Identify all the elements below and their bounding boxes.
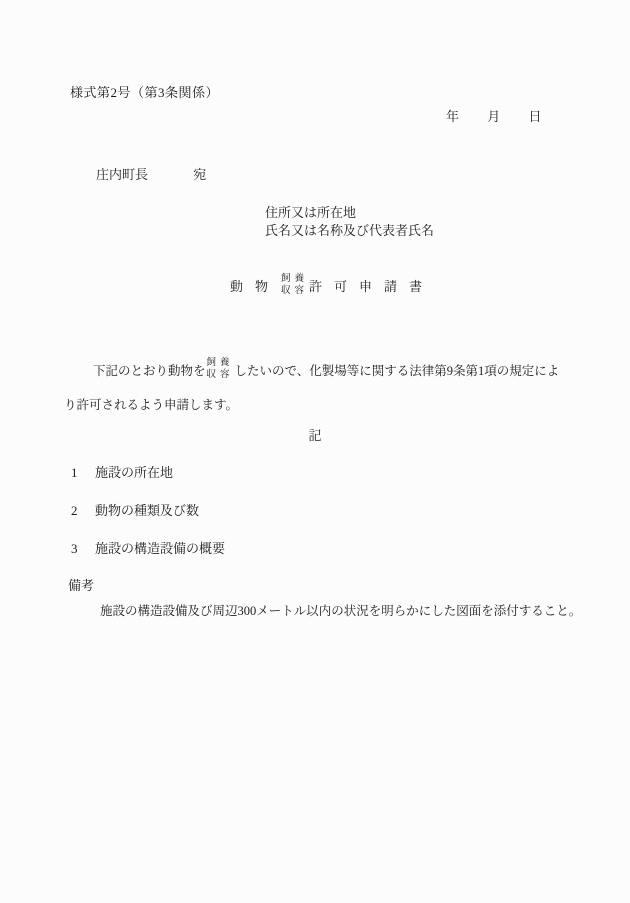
item-text: 施設の所在地 (95, 465, 173, 480)
body-paragraph-line1: 下記のとおり動物を 飼養 収容 したいので、化製場等に関する法律第9条第1項の規… (64, 358, 559, 382)
date-month-label: 月 (487, 106, 500, 125)
form-number: 様式第2号（第3条関係） (70, 82, 219, 101)
title-stacked-term: 飼養 収容 (281, 274, 308, 298)
item-text: 動物の種類及び数 (95, 503, 199, 518)
title-stacked-top: 飼養 (281, 274, 308, 286)
item-text: 施設の構造設備の概要 (95, 541, 225, 556)
body-paragraph-line2: り許可されるよう申請します。 (64, 395, 238, 413)
item-number: 1 (71, 465, 95, 481)
body-stacked-term: 飼養 収容 (207, 358, 234, 382)
remarks-label: 備考 (68, 575, 94, 594)
ki-heading: 記 (0, 425, 630, 444)
document-title: 動物 飼養 収容 許可申請書 (230, 274, 434, 298)
item-number: 2 (71, 503, 95, 519)
title-suffix: 許可申請書 (309, 276, 434, 295)
application-form-document: 様式第2号（第3条関係） 年 月 日 庄内町長 宛 住所又は所在地 氏名又は名称… (0, 0, 630, 903)
body-line1-prefix: 下記のとおり動物を (93, 361, 206, 379)
list-item: 1施設の所在地 (71, 462, 173, 481)
date-day-label: 日 (529, 106, 542, 125)
item-number: 3 (71, 541, 95, 557)
addressee-name: 庄内町長 (96, 167, 148, 182)
title-prefix: 動物 (230, 276, 280, 295)
addressee-line: 庄内町長 宛 (96, 164, 206, 183)
applicant-name-label: 氏名又は名称及び代表者氏名 (265, 220, 434, 239)
date-year-label: 年 (446, 106, 459, 125)
body-stacked-bottom: 収容 (207, 370, 234, 382)
applicant-address-label: 住所又は所在地 (265, 202, 356, 221)
body-line1-suffix: したいので、化製場等に関する法律第9条第1項の規定によ (235, 361, 560, 379)
body-stacked-top: 飼養 (207, 358, 234, 370)
addressee-suffix: 宛 (193, 167, 206, 182)
list-item: 3施設の構造設備の概要 (71, 538, 225, 557)
list-item: 2動物の種類及び数 (71, 500, 199, 519)
date-line: 年 月 日 (446, 106, 542, 125)
title-stacked-bottom: 収容 (281, 286, 308, 298)
remarks-note: 施設の構造設備及び周辺300メートル以内の状況を明らかにした図面を添付すること。 (100, 601, 581, 619)
